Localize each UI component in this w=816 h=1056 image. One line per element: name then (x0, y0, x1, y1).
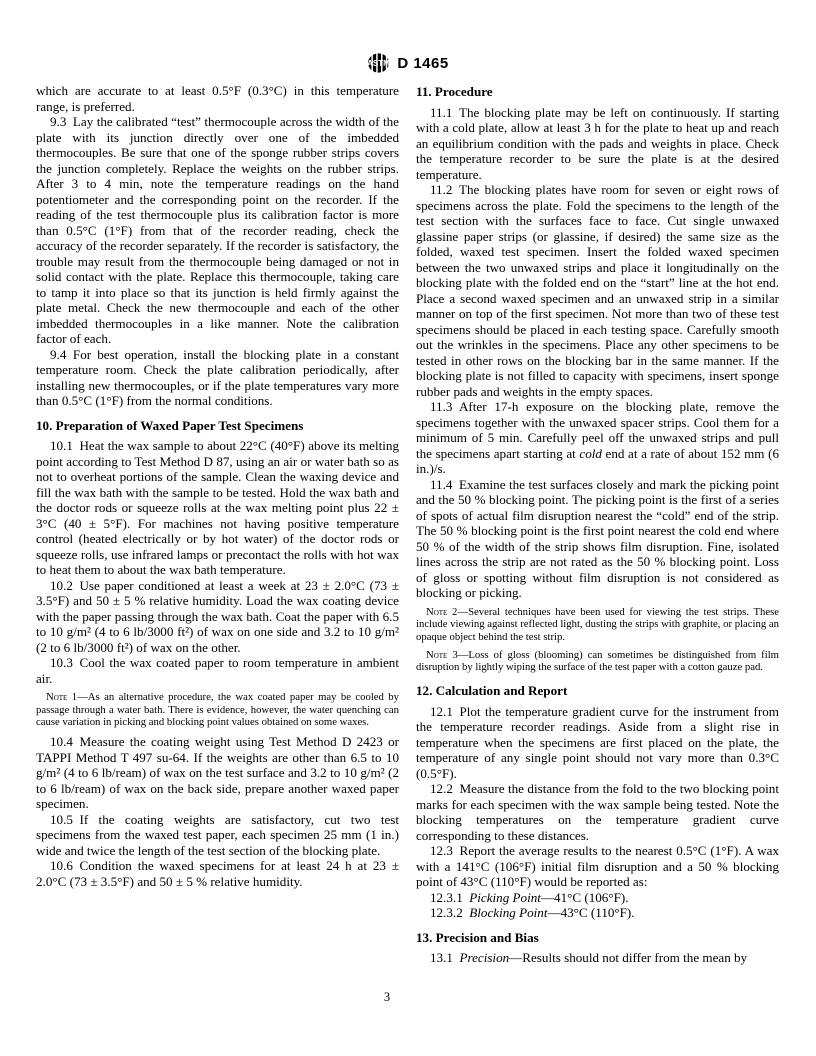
note-1: Note 1—As an alternative procedure, the … (36, 691, 399, 729)
paragraph-13-1-num: 13.1 (430, 950, 459, 965)
section-heading-13: 13. Precision and Bias (416, 930, 779, 946)
paragraph-12-3-2-rest: —43°C (110°F). (547, 905, 634, 920)
paragraph-12-3-2-num: 12.3.2 (430, 905, 469, 920)
note-1-text: —As an alternative procedure, the wax co… (36, 691, 399, 728)
right-column: 11. Procedure 11.1 The blocking plate ma… (416, 83, 779, 966)
page-number: 3 (0, 990, 774, 1005)
paragraph-12-2: 12.2 Measure the distance from the fold … (416, 781, 779, 843)
note-2: Note 2—Several techniques have been used… (416, 606, 779, 644)
paragraph-13-1-rest: —Results should not differ from the mean… (509, 950, 747, 965)
paragraph-12-3-1-italic: Picking Point (469, 890, 541, 905)
paragraph-12-3-1: 12.3.1 Picking Point—41°C (106°F). (416, 890, 779, 906)
paragraph-12-3-2: 12.3.2 Blocking Point—43°C (110°F). (416, 905, 779, 921)
paragraph-10-5: 10.5 If the coating weights are satisfac… (36, 812, 399, 859)
paragraph-11-2: 11.2 The blocking plates have room for s… (416, 182, 779, 399)
paragraph-12-1: 12.1 Plot the temperature gradient curve… (416, 704, 779, 782)
astm-logo-icon: ASTM (367, 53, 390, 73)
paragraph-12-3: 12.3 Report the average results to the n… (416, 843, 779, 890)
paragraph-10-1: 10.1 Heat the wax sample to about 22°C (… (36, 438, 399, 578)
paragraph-11-1: 11.1 The blocking plate may be left on c… (416, 105, 779, 183)
paragraph-9-4: 9.4 For best operation, install the bloc… (36, 347, 399, 409)
note-3-label: Note 3 (426, 649, 458, 661)
paragraph-11-3: 11.3 After 17-h exposure on the blocking… (416, 399, 779, 477)
document-page: ASTM D 1465 which are accurate to at lea… (0, 0, 816, 1056)
note-2-text: —Several techniques have been used for v… (416, 606, 779, 643)
paragraph-9-3: 9.3 Lay the calibrated “test” thermocoup… (36, 114, 399, 347)
paragraph-13-1: 13.1 Precision—Results should not differ… (416, 950, 779, 966)
paragraph-11-3-italic: cold (579, 446, 602, 461)
note-3-text: —Loss of gloss (blooming) can sometimes … (416, 649, 779, 674)
standard-designation: D 1465 (397, 55, 448, 72)
paragraph-10-4: 10.4 Measure the coating weight using Te… (36, 734, 399, 812)
paragraph-11-4: 11.4 Examine the test surfaces closely a… (416, 477, 779, 601)
section-heading-12: 12. Calculation and Report (416, 683, 779, 699)
section-heading-11: 11. Procedure (416, 84, 779, 100)
note-2-label: Note 2 (426, 606, 457, 618)
paragraph-12-3-2-italic: Blocking Point (469, 905, 547, 920)
paragraph-continuation: which are accurate to at least 0.5°F (0.… (36, 83, 399, 114)
left-column: which are accurate to at least 0.5°F (0.… (36, 83, 399, 966)
page-header: ASTM D 1465 (0, 0, 816, 74)
paragraph-10-6: 10.6 Condition the waxed specimens for a… (36, 858, 399, 889)
section-heading-10: 10. Preparation of Waxed Paper Test Spec… (36, 418, 399, 434)
paragraph-10-3: 10.3 Cool the wax coated paper to room t… (36, 655, 399, 686)
two-column-body: which are accurate to at least 0.5°F (0.… (0, 83, 816, 966)
svg-text:ASTM: ASTM (367, 59, 390, 68)
note-1-label: Note 1 (46, 691, 77, 703)
paragraph-12-3-1-num: 12.3.1 (430, 890, 469, 905)
paragraph-12-3-1-rest: —41°C (106°F). (541, 890, 629, 905)
note-3: Note 3—Loss of gloss (blooming) can some… (416, 649, 779, 674)
paragraph-10-2: 10.2 Use paper conditioned at least a we… (36, 578, 399, 656)
paragraph-13-1-italic: Precision (459, 950, 509, 965)
